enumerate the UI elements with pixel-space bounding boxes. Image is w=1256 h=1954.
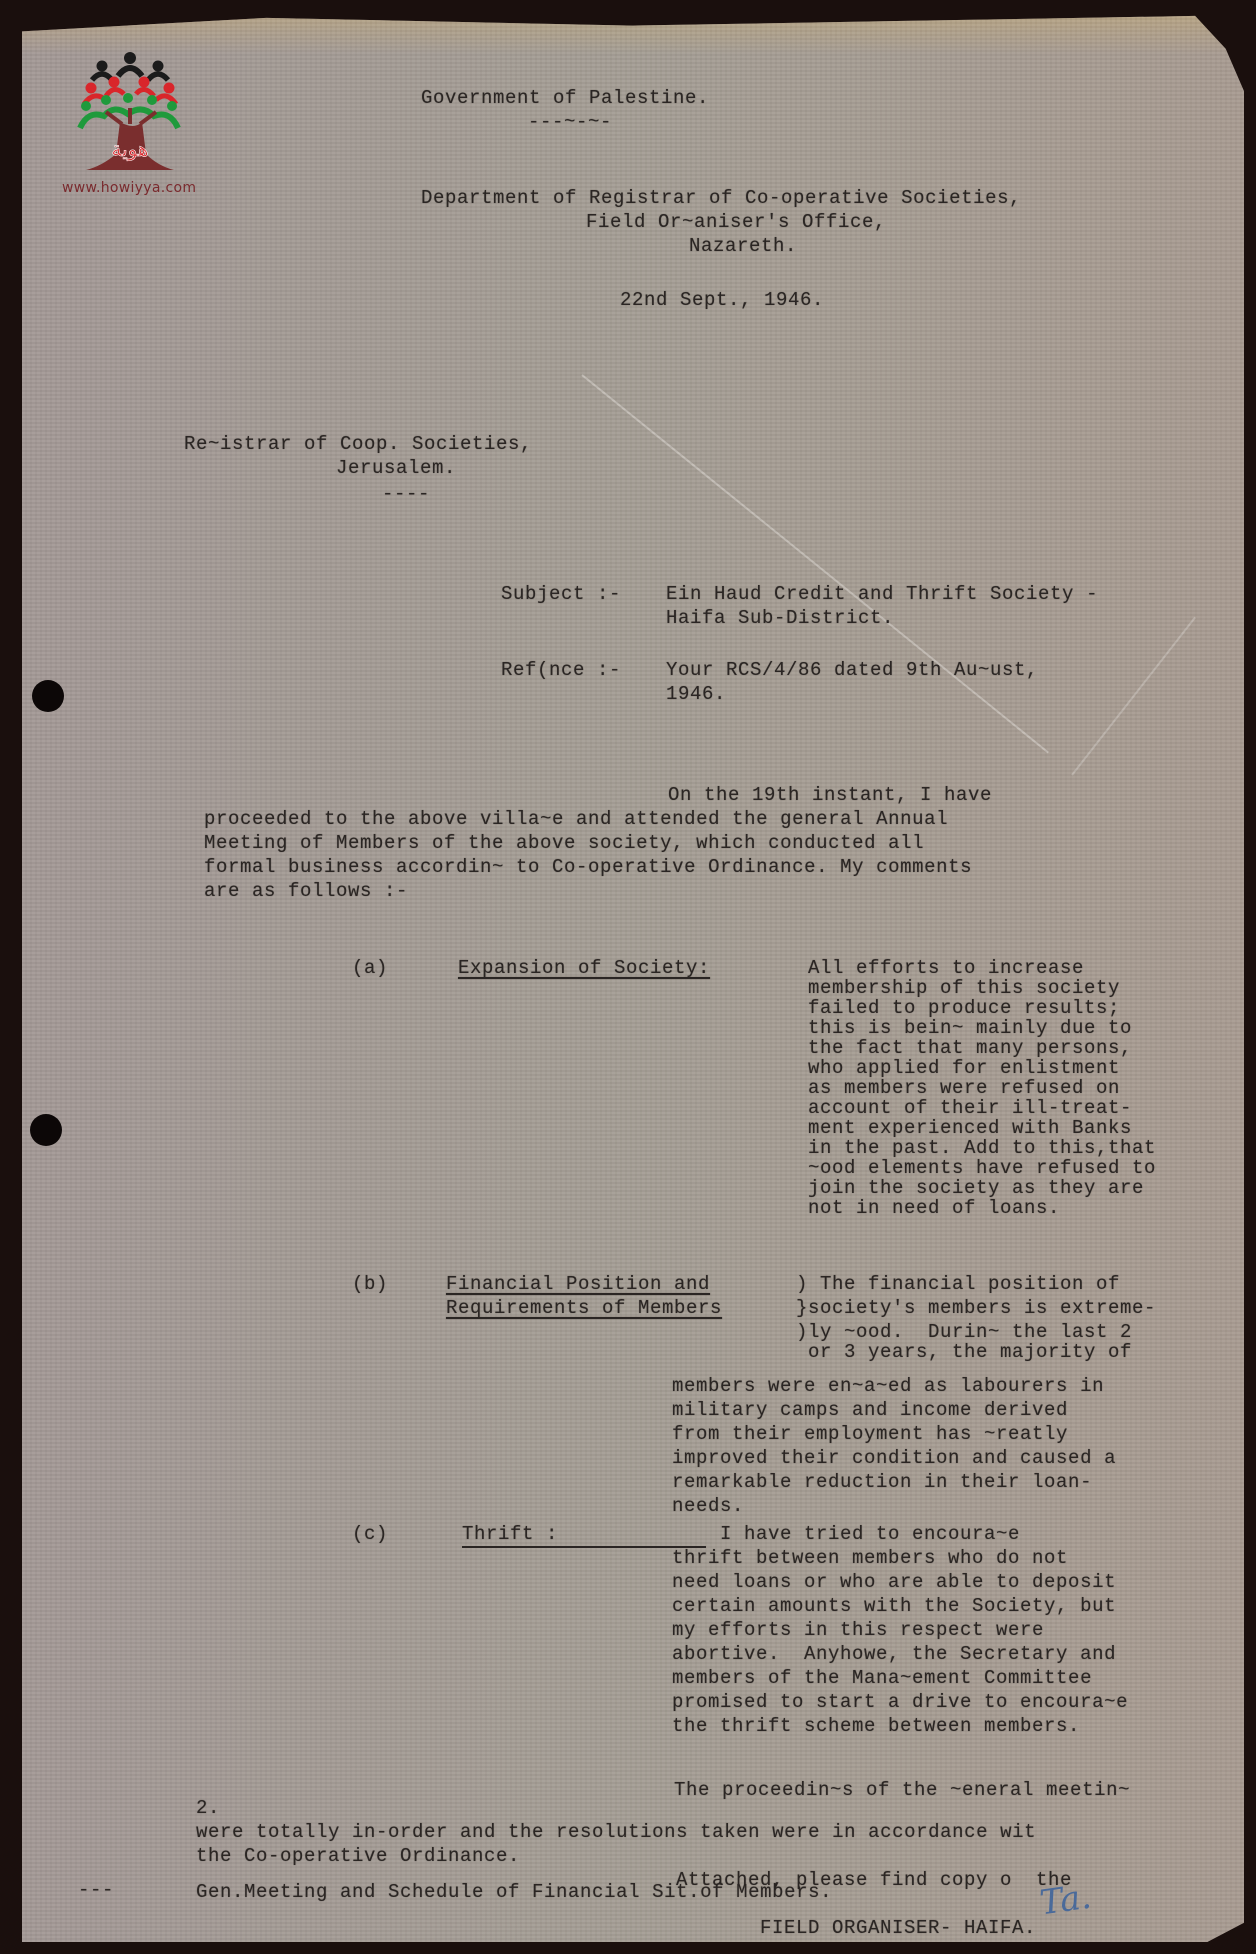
intro-line: are as follows :- — [204, 881, 408, 901]
addressee-rule: ---- — [382, 484, 430, 504]
paragraph-number: 2. — [196, 1798, 220, 1818]
section-a-body: All efforts to increase — [808, 958, 1084, 978]
section-c-heading: Thrift : — [462, 1524, 706, 1548]
section-a-body: ment experienced with Banks — [808, 1118, 1132, 1138]
section-c-marker: (c) — [352, 1524, 388, 1544]
section-c-body: certain amounts with the Society, but — [672, 1596, 1116, 1616]
section-c-body: my efforts in this respect were — [672, 1620, 1044, 1640]
attachment-marker: --- — [78, 1880, 114, 1900]
attachment-line-2: Gen.Meeting and Schedule of Financial Si… — [196, 1882, 832, 1902]
section-a-body: failed to produce results; — [808, 998, 1120, 1018]
department-name: Department of Registrar of Co-operative … — [421, 188, 1021, 208]
punch-hole-icon — [32, 680, 64, 712]
section-b-body: remarkable reduction in their loan- — [672, 1472, 1092, 1492]
intro-line: proceeded to the above villa~e and atten… — [204, 809, 948, 829]
watermark-url: www.howiyya.com — [62, 180, 196, 196]
closing-line: the Co-operative Ordinance. — [196, 1846, 520, 1866]
addressee-line-1: Re~istrar of Coop. Societies, — [184, 434, 532, 454]
office-city: Nazareth. — [689, 236, 797, 256]
subject-line-2: Haifa Sub-District. — [666, 608, 894, 628]
family-tree-logo-icon: هوية — [62, 44, 212, 184]
section-b-heading: Requirements of Members — [446, 1298, 722, 1318]
heading-rule: ---~-~- — [528, 112, 612, 132]
section-a-body: join the society as they are — [808, 1178, 1144, 1198]
section-c-body: members of the Mana~ement Committee — [672, 1668, 1092, 1688]
section-a-body: who applied for enlistment — [808, 1058, 1120, 1078]
subject-label: Subject :- — [501, 584, 621, 604]
section-a-body: ~ood elements have refused to — [808, 1158, 1156, 1178]
section-b-heading: Financial Position and — [446, 1274, 710, 1294]
section-c-body: I have tried to encoura~e — [672, 1524, 1020, 1544]
section-c-body: abortive. Anyhowe, the Secretary and — [672, 1644, 1116, 1664]
letter-date: 22nd Sept., 1946. — [620, 290, 824, 310]
section-b-body: from their employment has ~reatly — [672, 1424, 1068, 1444]
section-b-body: ) The financial position of — [796, 1274, 1120, 1294]
section-a-marker: (a) — [352, 958, 388, 978]
section-a-heading: Expansion of Society: — [458, 958, 710, 978]
handwritten-signature: Ta. — [1037, 1877, 1093, 1924]
section-a-body: the fact that many persons, — [808, 1038, 1132, 1058]
office-name: Field Or~aniser's Office, — [586, 212, 886, 232]
subject-line-1: Ein Haud Credit and Thrift Society - — [666, 584, 1098, 604]
section-a-body: not in need of loans. — [808, 1198, 1060, 1218]
section-a-body: in the past. Add to this,that — [808, 1138, 1156, 1158]
svg-text:هوية: هوية — [111, 137, 148, 161]
section-c-body: thrift between members who do not — [672, 1548, 1068, 1568]
reference-line-2: 1946. — [666, 684, 726, 704]
section-a-body: this is bein~ mainly due to — [808, 1018, 1132, 1038]
section-b-body: improved their condition and caused a — [672, 1448, 1116, 1468]
howiyya-logo: هوية — [62, 44, 212, 184]
intro-line: On the 19th instant, I have — [668, 785, 992, 805]
section-c-body: need loans or who are able to deposit — [672, 1572, 1116, 1592]
section-b-body: needs. — [672, 1496, 744, 1516]
punch-hole-icon — [30, 1114, 62, 1146]
section-a-body: account of their ill-treat- — [808, 1098, 1132, 1118]
closing-line: were totally in-order and the resolution… — [196, 1822, 1036, 1842]
paper-fold-crease — [581, 374, 1049, 753]
section-b-marker: (b) — [352, 1274, 388, 1294]
section-b-body: or 3 years, the majority of — [796, 1342, 1132, 1362]
paper-fold-crease — [1071, 617, 1196, 776]
section-c-body: promised to start a drive to encoura~e — [672, 1692, 1128, 1712]
intro-line: Meeting of Members of the above society,… — [204, 833, 924, 853]
section-b-body: military camps and income derived — [672, 1400, 1068, 1420]
addressee-line-2: Jerusalem. — [336, 458, 456, 478]
section-b-body: members were en~a~ed as labourers in — [672, 1376, 1104, 1396]
signatory-title: FIELD ORGANISER- HAIFA. — [760, 1918, 1036, 1938]
government-heading: Government of Palestine. — [421, 88, 709, 108]
section-b-body: }society's members is extreme- — [796, 1298, 1156, 1318]
intro-line: formal business accordin~ to Co-operativ… — [204, 857, 972, 877]
closing-line: The proceedin~s of the ~eneral meetin~ — [674, 1780, 1130, 1800]
reference-label: Ref(nce :- — [501, 660, 621, 680]
section-a-body: membership of this society — [808, 978, 1120, 998]
reference-line-1: Your RCS/4/86 dated 9th Au~ust, — [666, 660, 1038, 680]
section-a-body: as members were refused on — [808, 1078, 1120, 1098]
section-b-body: )ly ~ood. Durin~ the last 2 — [796, 1322, 1132, 1342]
section-c-body: the thrift scheme between members. — [672, 1716, 1080, 1736]
